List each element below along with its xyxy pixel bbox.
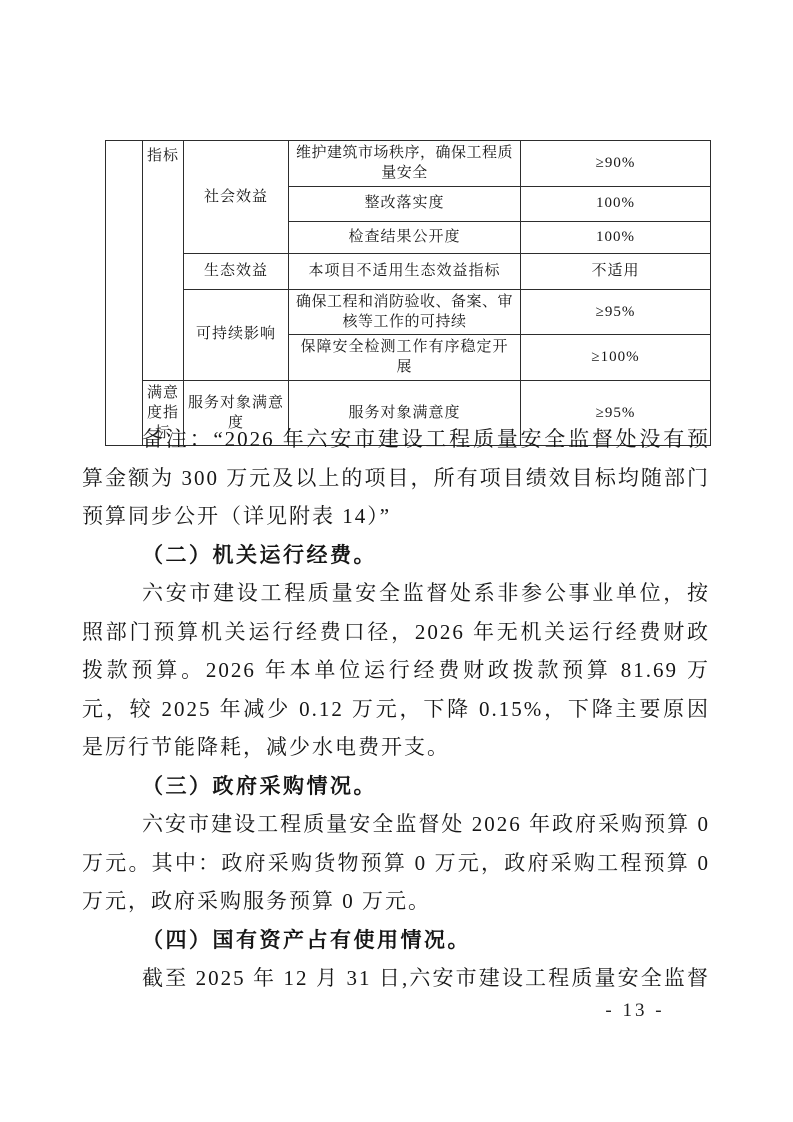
- performance-indicator-table: 指标 社会效益 维护建筑市场秩序，确保工程质量安全 ≥90% 整改落实度 100…: [105, 140, 711, 446]
- table-cell-category-sustain: 可持续影响: [184, 289, 289, 380]
- page-number: - 13 -: [560, 1000, 710, 1022]
- table-cell-value-4: ≥95%: [521, 289, 711, 335]
- table-cell-indicator-1: 整改落实度: [289, 186, 521, 221]
- section-heading-2: （二）机关运行经费。: [82, 536, 710, 575]
- table-cell-value-3: 不适用: [521, 253, 711, 289]
- table-row: 指标 社会效益 维护建筑市场秩序，确保工程质量安全 ≥90%: [106, 141, 711, 187]
- document-body: 备注：“2026 年六安市建设工程质量安全监督处没有预算金额为 300 万元及以…: [82, 420, 710, 998]
- paragraph-state-assets: 截至 2025 年 12 月 31 日,六安市建设工程质量安全监督: [82, 959, 710, 998]
- table-cell-value-0: ≥90%: [521, 141, 711, 187]
- table-cell-indicator-5: 保障安全检测工作有序稳定开展: [289, 335, 521, 381]
- section-heading-3: （三）政府采购情况。: [82, 767, 710, 806]
- table-cell-category-social: 社会效益: [184, 141, 289, 254]
- table-cell-value-1: 100%: [521, 186, 711, 221]
- section-heading-4: （四）国有资产占有使用情况。: [82, 921, 710, 960]
- document-page: 指标 社会效益 维护建筑市场秩序，确保工程质量安全 ≥90% 整改落实度 100…: [0, 0, 793, 1122]
- paragraph-operating-funds: 六安市建设工程质量安全监督处系非参公事业单位，按照部门预算机关运行经费口径，20…: [82, 574, 710, 767]
- table-cell-group-indicator: 指标: [143, 141, 184, 381]
- table-cell-category-eco: 生态效益: [184, 253, 289, 289]
- table-cell-spacer: [106, 141, 143, 446]
- table-cell-indicator-2: 检查结果公开度: [289, 221, 521, 253]
- table-row: 可持续影响 确保工程和消防验收、备案、审核等工作的可持续 ≥95%: [106, 289, 711, 335]
- table-row: 生态效益 本项目不适用生态效益指标 不适用: [106, 253, 711, 289]
- paragraph-procurement: 六安市建设工程质量安全监督处 2026 年政府采购预算 0 万元。其中：政府采购…: [82, 805, 710, 921]
- note-paragraph: 备注：“2026 年六安市建设工程质量安全监督处没有预算金额为 300 万元及以…: [82, 420, 710, 536]
- table-cell-value-5: ≥100%: [521, 335, 711, 381]
- table-cell-indicator-4: 确保工程和消防验收、备案、审核等工作的可持续: [289, 289, 521, 335]
- table-cell-indicator-3: 本项目不适用生态效益指标: [289, 253, 521, 289]
- table-cell-value-2: 100%: [521, 221, 711, 253]
- table-cell-indicator-0: 维护建筑市场秩序，确保工程质量安全: [289, 141, 521, 187]
